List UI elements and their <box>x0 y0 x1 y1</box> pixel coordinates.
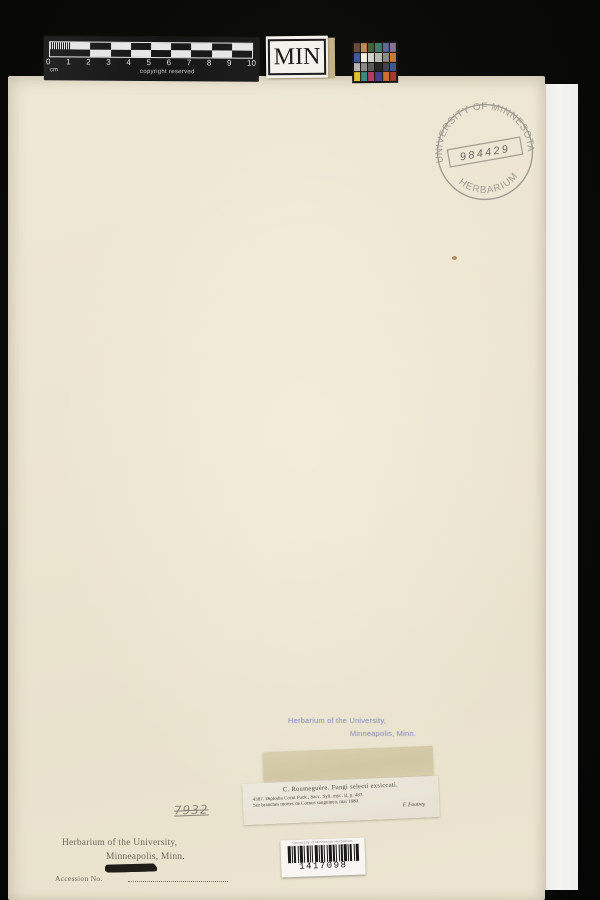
barcode-bar <box>299 846 303 863</box>
paper-strip-right <box>545 84 578 890</box>
ruler-segment-bottom <box>171 50 191 57</box>
handwritten-number: 7932 <box>174 802 209 817</box>
ruler-tick-number: 1 <box>66 57 71 66</box>
barcode-bar <box>349 844 352 861</box>
barcode-bar <box>287 846 291 863</box>
color-patch <box>368 53 374 62</box>
barcode-bar <box>328 845 332 862</box>
ruler-segment <box>50 42 70 56</box>
color-patch <box>368 63 374 72</box>
ruler-segment <box>171 43 191 57</box>
color-patch <box>354 43 360 52</box>
color-patch <box>390 72 396 81</box>
min-institution-card: MIN <box>266 36 328 79</box>
exsiccati-label: C. Roumeguère. Fungi selecti exsiccati. … <box>242 776 440 825</box>
herbarium-stamp: UNIVERSITY OF MINNESOTA HERBARIUM 984429 <box>428 95 542 209</box>
color-patch <box>382 43 388 52</box>
barcode-bar <box>311 845 313 862</box>
ruler-segment-bottom <box>70 42 90 49</box>
min-card-border: MIN <box>267 39 326 76</box>
obliterated-number-scribble <box>105 863 156 872</box>
color-patch-grid <box>354 43 396 81</box>
faint-stamp-line2: Minneapolis, Minn. <box>288 729 422 738</box>
color-patch <box>383 62 389 71</box>
color-patch <box>354 72 360 81</box>
color-patch <box>390 53 396 62</box>
ruler-segment <box>111 43 131 57</box>
ruler-copyright-text: copyright reserved <box>140 69 195 75</box>
color-patch <box>375 53 381 62</box>
color-patch <box>383 53 389 62</box>
color-patch <box>361 53 367 62</box>
color-patch <box>368 72 374 81</box>
color-patch <box>383 72 389 81</box>
color-patch <box>375 43 381 52</box>
ruler-segment <box>151 43 171 57</box>
faint-university-stamp: Herbarium of the University, Minneapolis… <box>288 716 422 738</box>
color-patch <box>375 62 381 71</box>
ruler-segment-bottom <box>212 50 232 57</box>
color-patch <box>376 72 382 81</box>
ruler-tick-number: 6 <box>167 58 172 67</box>
ruler-segment <box>131 43 151 57</box>
color-patch <box>390 43 396 52</box>
barcode-bar <box>323 845 325 862</box>
accession-number-label: Accession No. <box>55 874 103 883</box>
color-patch <box>368 43 374 52</box>
ruler-segment-bottom <box>232 44 252 51</box>
color-patch <box>354 53 360 62</box>
barcode-bar <box>303 846 305 863</box>
ruler-segment <box>232 44 252 58</box>
stain-spot <box>452 256 457 260</box>
ruler-segment-bottom <box>191 43 211 50</box>
ruler-segment-bottom <box>151 43 171 50</box>
ruler-unit-label: cm <box>50 67 58 73</box>
color-patch <box>390 62 396 71</box>
ruler-tick-number: 2 <box>86 58 91 67</box>
ruler-segment <box>70 42 90 56</box>
ruler-segment-bottom <box>131 50 151 57</box>
ruler-segment-bottom <box>90 50 110 57</box>
scale-ruler: 012345678910 cm copyright reserved <box>44 36 259 81</box>
barcode-bar <box>343 844 347 861</box>
bottom-label-line1: Herbarium of the University, <box>62 838 177 848</box>
ruler-tick-number: 7 <box>187 58 192 67</box>
barcode-bar <box>355 844 359 861</box>
ruler-segment <box>191 43 211 57</box>
bottom-label-line2: Minneapolis, Minn. <box>106 852 185 862</box>
faint-stamp-line1: Herbarium of the University, <box>288 716 422 725</box>
photograph-backdrop: 012345678910 cm copyright reserved MIN U… <box>0 0 600 900</box>
barcode-sticker: University of Minnesota Herbarium 141709… <box>280 838 365 878</box>
ruler-segment-bottom <box>50 42 70 49</box>
ruler-segment <box>90 43 110 57</box>
barcode-bar <box>293 846 296 863</box>
color-patch <box>361 72 367 81</box>
ruler-tick-number: 3 <box>106 58 111 67</box>
ruler-tick-number: 9 <box>227 59 232 68</box>
barcode-bar <box>314 845 318 862</box>
color-patch <box>361 43 367 52</box>
min-card-label: MIN <box>274 45 321 69</box>
ruler-tick-number: 8 <box>207 58 212 67</box>
ruler-tick-number: 0 <box>46 57 51 66</box>
ruler-segment-bottom <box>111 43 131 50</box>
ruler-numbers: 012345678910 <box>46 57 256 67</box>
color-calibration-target <box>352 41 398 83</box>
ruler-segment <box>212 43 232 57</box>
color-patch <box>354 63 360 72</box>
ruler-tick-number: 10 <box>247 59 256 68</box>
ruler-tick-number: 4 <box>126 58 131 67</box>
ruler-tick-number: 5 <box>146 58 151 67</box>
ruler-scale-band <box>49 41 253 58</box>
barcode-bar <box>335 845 337 862</box>
accession-dotted-line <box>128 874 228 882</box>
color-patch <box>361 63 367 72</box>
